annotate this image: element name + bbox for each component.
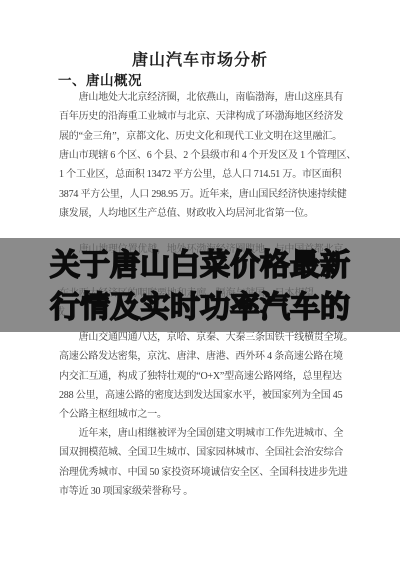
paragraph-honors: 近年来，唐山相继被评为全国创建文明城市工作先进城市、全国双拥模范城、全国卫生城市…	[59, 424, 343, 501]
document-title: 唐山汽车市场分析	[0, 47, 400, 70]
section-heading: 一、唐山概况	[58, 69, 142, 89]
text-line: 唐山地处大北京经济圈，北依燕山，南临渤海，唐山这座具有	[59, 88, 343, 107]
overlay-headline-line1: 关于唐山白菜价格最新	[0, 245, 400, 287]
text-line: 3874 平方公里，人口 298.95 万。近年来，唐山国民经济快速持续健	[59, 185, 343, 204]
text-line: 国双拥模范城、全国卫生城市、国家园林城市、全国社会治安综合	[59, 443, 343, 462]
text-line: 近年来，唐山相继被评为全国创建文明城市工作先进城市、全	[59, 424, 343, 443]
text-line: 1 个工业区，总面积 13472 平方公里，总人口 714.51 万。市区面积	[59, 165, 343, 184]
paragraph-transport: 唐山交通四通八达，京哈、京秦、大秦三条国铁干线横贯全境。高速公路发达密集，京沈、…	[59, 328, 343, 425]
text-line: 唐山市现辖 6 个区、6 个县、2 个县级市和 4 个开发区及 1 个管理区、	[59, 146, 343, 165]
text-line: 百年历史的沿海重工业城市与北京、天津构成了环渤海地区经济发	[59, 107, 343, 126]
text-line: 展的“金三角”，京都文化、历史文化和现代工业文明在这里融汇。	[59, 127, 343, 146]
text-line: 唐山交通四通八达，京哈、京秦、大秦三条国铁干线横贯全境。	[59, 328, 343, 347]
document-page: 唐山汽车市场分析 一、唐山概况 唐山地处大北京经济圈，北依燕山，南临渤海，唐山这…	[0, 0, 400, 566]
overlay-headline: 关于唐山白菜价格最新 行情及实时功率汽车的	[0, 245, 400, 329]
paragraph-overview: 唐山地处大北京经济圈，北依燕山，南临渤海，唐山这座具有百年历史的沿海重工业城市与…	[59, 88, 343, 223]
text-line: 288 公里，高速公路的密度达到发达国家水平，被国家列为全国 45	[59, 386, 343, 405]
text-line: 个公路主枢纽城市之一。	[59, 405, 343, 424]
text-line: 康发展，人均地区生产总值、财政收入均居河北省第一位。	[59, 204, 343, 223]
text-line: 高速公路发达密集，京沈、唐津、唐港、西外环 4 条高速公路在境	[59, 347, 343, 366]
overlay-headline-line2: 行情及实时功率汽车的	[0, 287, 400, 329]
text-line: 市等近 30 项国家级荣誉称号 。	[59, 482, 343, 501]
text-line: 治理优秀城市、中国 50 家投资环境诚信安全区、全国科技进步先进	[59, 463, 343, 482]
text-line: 内交汇互通，构成了独特壮观的“O+X”型高速公路网络，总里程达	[59, 367, 343, 386]
